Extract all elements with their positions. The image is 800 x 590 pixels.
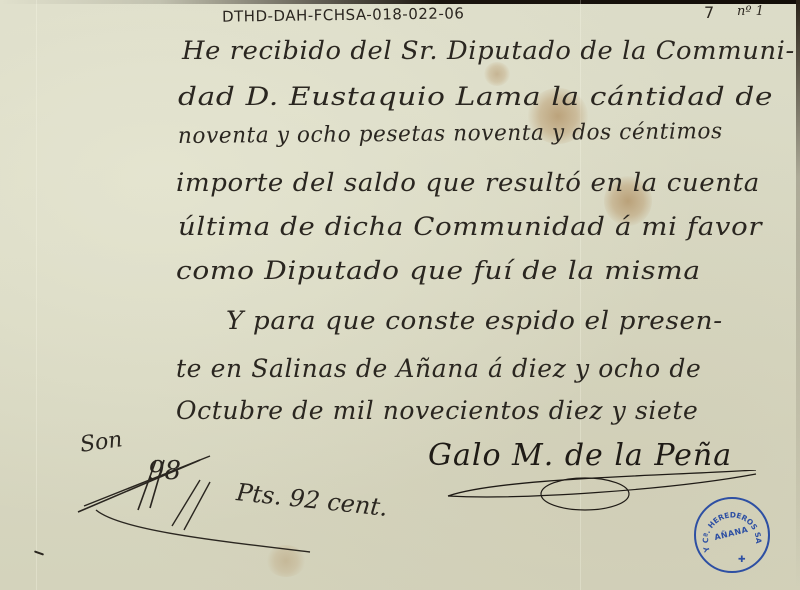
paper-top-edge	[0, 0, 800, 4]
archive-reference: DTHD-DAH-FCHSA-018-022-06	[222, 4, 465, 25]
scanned-document-page: DTHD-DAH-FCHSA-018-022-06 7 nº 1 He reci…	[0, 0, 800, 590]
body-line-4: importe del saldo que resultó en la cuen…	[176, 168, 760, 197]
stamp-outer-text: Y Cª. HEREDEROS SALINAS	[696, 499, 763, 554]
body-line-5: última de dicha Communidad á mi favor	[178, 212, 762, 241]
body-line-7: Y para que conste espido el presen-	[226, 306, 723, 335]
item-number: nº 1	[737, 4, 764, 19]
stamp-cross-icon: ✚	[738, 555, 746, 565]
body-line-2: dad D. Eustaquio Lama la cántidad de	[178, 82, 773, 111]
body-line-8: te en Salinas de Añana á diez y ocho de	[176, 354, 701, 383]
body-line-6: como Diputado que fuí de la misma	[176, 256, 701, 285]
paper-fold-line	[36, 0, 37, 590]
margin-note-flourish	[60, 430, 390, 560]
body-line-1: He recibido del Sr. Diputado de la Commu…	[182, 36, 795, 65]
paper-right-edge	[796, 0, 800, 590]
body-line-9: Octubre de mil novecientos diez y siete	[176, 396, 698, 425]
svg-text:Y Cª. HEREDEROS SALINAS: Y Cª. HEREDEROS SALINAS	[696, 499, 763, 554]
body-line-3: noventa y ocho pesetas noventa y dos cén…	[178, 119, 723, 149]
company-stamp: Y Cª. HEREDEROS SALINAS AÑANA ✚	[694, 497, 770, 573]
signature: Galo M. de la Peña	[428, 438, 732, 473]
page-number: 7	[704, 3, 714, 22]
